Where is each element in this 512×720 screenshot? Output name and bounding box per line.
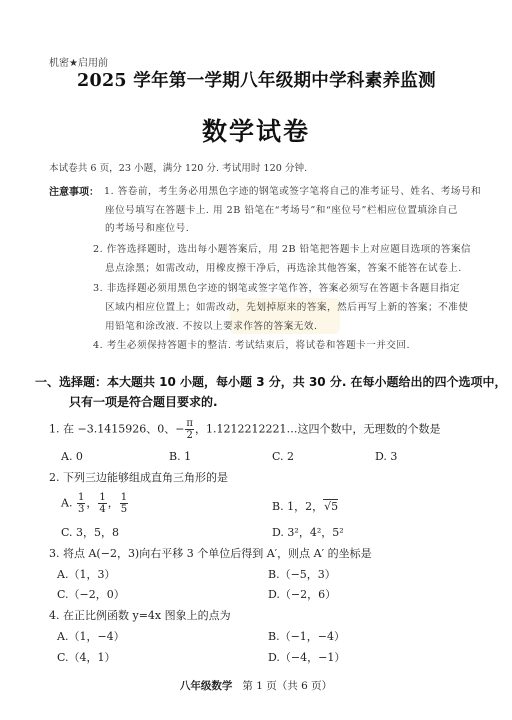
notice-item-2-line-1: 2. 作答选择题时，选出每小题答案后，用 2B 铅笔把答题卡上对应题目选项的答案… xyxy=(93,241,471,255)
notice-item-3-line-1: 3. 非选择题必须用黑色字迹的钢笔或签字笔作答，答案必须写在答题卡各题目指定 xyxy=(93,280,460,294)
question-3-option-a: A.（1，3） xyxy=(57,566,115,582)
section-1-heading-line-2: 只有一项是符合题目要求的. xyxy=(69,393,218,410)
notice-item-4-line-1: 4. 考生必须保持答题卡的整洁. 考试结束后，将试卷和答题卡一并交回. xyxy=(93,337,410,351)
question-4-option-d: D.（−4，−1） xyxy=(268,649,345,665)
sqrt-5: √5 xyxy=(323,499,338,513)
question-4-stem: 4. 在正比例函数 y=4x 图象上的点为 xyxy=(49,607,231,623)
question-2-option-a: A. 13，14，15 xyxy=(61,492,129,515)
option-b-text: B. 1，2， xyxy=(272,500,323,513)
question-1-option-a: A. 0 xyxy=(61,450,83,463)
question-1-option-d: D. 3 xyxy=(375,450,397,463)
fraction-1-5: 15 xyxy=(120,492,128,515)
question-3-stem: 3. 将点 A(−2，3)向右平移 3 个单位后得到 A′，则点 A′ 的坐标是 xyxy=(49,545,372,561)
question-1-option-c: C. 2 xyxy=(272,450,294,463)
subject-title: 数学试卷 xyxy=(0,112,512,148)
question-3-option-b: B.（−5，3） xyxy=(268,566,336,582)
exam-title: 2025 学年第一学期八年级期中学科素养监测 xyxy=(77,67,436,92)
fraction-1-3: 13 xyxy=(77,492,85,515)
fraction-numerator: π xyxy=(185,418,194,430)
fraction-denominator: 3 xyxy=(77,504,85,515)
fraction-denominator: 2 xyxy=(185,430,194,441)
footer-page-number: 第 1 页（共 6 页） xyxy=(242,680,332,692)
question-1-stem: 1. 在 −3.1415926、0、−π2，1.1212212221…这四个数中… xyxy=(49,418,440,441)
question-2-option-d: D. 3²，4²，5² xyxy=(272,524,344,540)
question-1-stem-after: ，1.1212212221…这四个数中，无理数的个数是 xyxy=(195,423,440,436)
question-4-option-a: A.（1，−4） xyxy=(57,628,125,644)
question-2-stem: 2. 下列三边能够组成直角三角形的是 xyxy=(49,469,228,485)
fraction-numerator: 1 xyxy=(120,492,128,504)
question-3-option-c: C.（−2，0） xyxy=(57,586,125,602)
notice-label: 注意事项： xyxy=(49,183,99,198)
question-4-option-b: B.（−1，−4） xyxy=(268,628,345,644)
question-4-option-c: C.（4，1） xyxy=(57,649,116,665)
notice-item-3-line-3: 用铅笔和涂改液. 不按以上要求作答的答案无效. xyxy=(105,318,318,332)
fraction-denominator: 5 xyxy=(120,504,128,515)
section-1-heading-line-1: 一、选择题：本大题共 10 小题，每小题 3 分，共 30 分. 在每小题给出的… xyxy=(35,373,507,390)
footer-subject: 八年级数学 xyxy=(180,680,233,692)
question-2-option-c: C. 3，5，8 xyxy=(61,524,119,540)
question-2-option-b: B. 1，2，√5 xyxy=(272,498,338,514)
question-1-stem-before: 1. 在 −3.1415926、0、− xyxy=(49,423,184,436)
notice-item-3-line-2: 区域内相应位置上；如需改动，先划掉原来的答案，然后再写上新的答案；不准使 xyxy=(105,299,468,313)
fraction-denominator: 4 xyxy=(98,504,106,515)
notice-item-1-line-3: 的考场号和座位号. xyxy=(105,220,189,234)
notice-item-1-line-2: 座位号填写在答题卡上. 用 2B 铅笔在“考场号”和“座位号”栏相应位置填涂自己 xyxy=(105,202,458,216)
fraction-pi-over-2: π2 xyxy=(185,418,194,441)
exam-info: 本试卷共 6 页，23 小题，满分 120 分. 考试用时 120 分钟. xyxy=(49,160,307,174)
page-footer: 八年级数学第 1 页（共 6 页） xyxy=(0,678,512,693)
option-a-label: A. xyxy=(61,497,72,510)
fraction-1-4: 14 xyxy=(98,492,106,515)
notice-item-1-line-1: 1. 答卷前，考生务必用黑色字迹的钢笔或签字笔将自己的准考证号、姓名、考场号和 xyxy=(104,183,481,197)
question-1-option-b: B. 1 xyxy=(169,450,191,463)
fraction-numerator: 1 xyxy=(77,492,85,504)
question-3-option-d: D.（−2，6） xyxy=(268,586,336,602)
fraction-numerator: 1 xyxy=(98,492,106,504)
notice-item-2-line-2: 息点涂黑；如需改动，用橡皮擦干净后，再选涂其他答案，答案不能答在试卷上. xyxy=(105,260,462,274)
